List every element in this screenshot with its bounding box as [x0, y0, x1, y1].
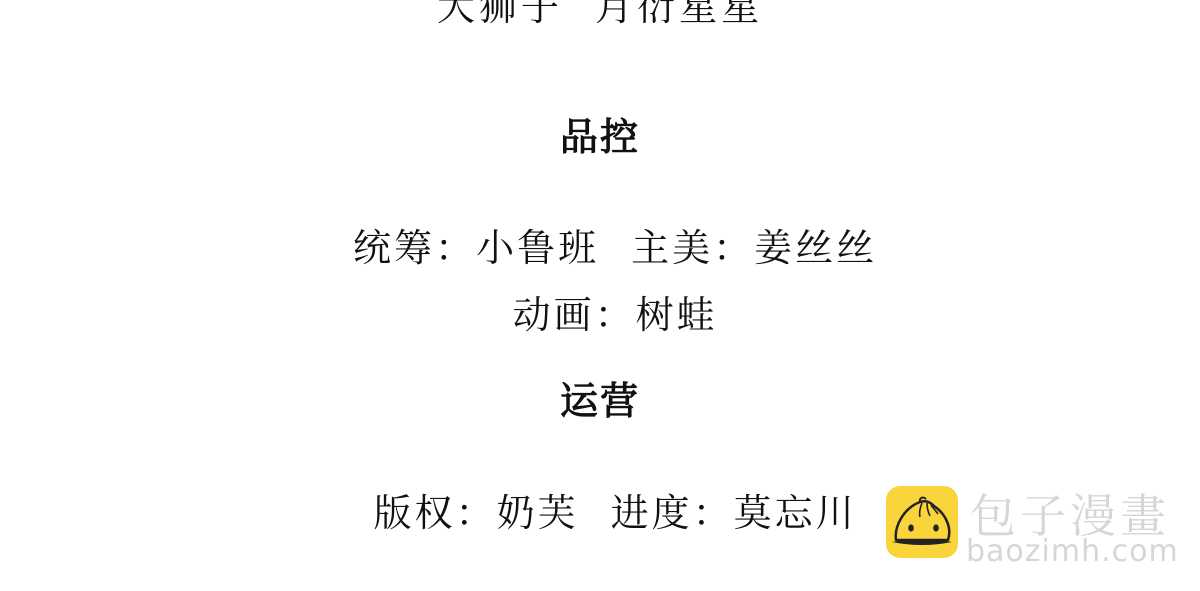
section-heading-operations: 运营: [0, 370, 1200, 425]
credit-name: 莫忘川: [734, 491, 857, 535]
credit-role: 进度：: [611, 491, 734, 535]
watermark: 包子漫畫 baozimh.com: [886, 486, 1176, 566]
credit-role: 动画：: [513, 293, 636, 337]
section-heading-quality-control: 品控: [0, 106, 1200, 161]
credit-row: 动画：树蛙: [0, 240, 1200, 339]
credit-role: 版权：: [374, 491, 497, 535]
credit-name: 树蛙: [636, 293, 718, 337]
top-credit-line-cropped: 大狮子 月衍星星: [0, 0, 1200, 31]
bun-mascot-icon: [886, 486, 958, 558]
watermark-brand-url: baozimh.com: [966, 534, 1179, 569]
credit-name: 奶芙: [497, 491, 579, 535]
